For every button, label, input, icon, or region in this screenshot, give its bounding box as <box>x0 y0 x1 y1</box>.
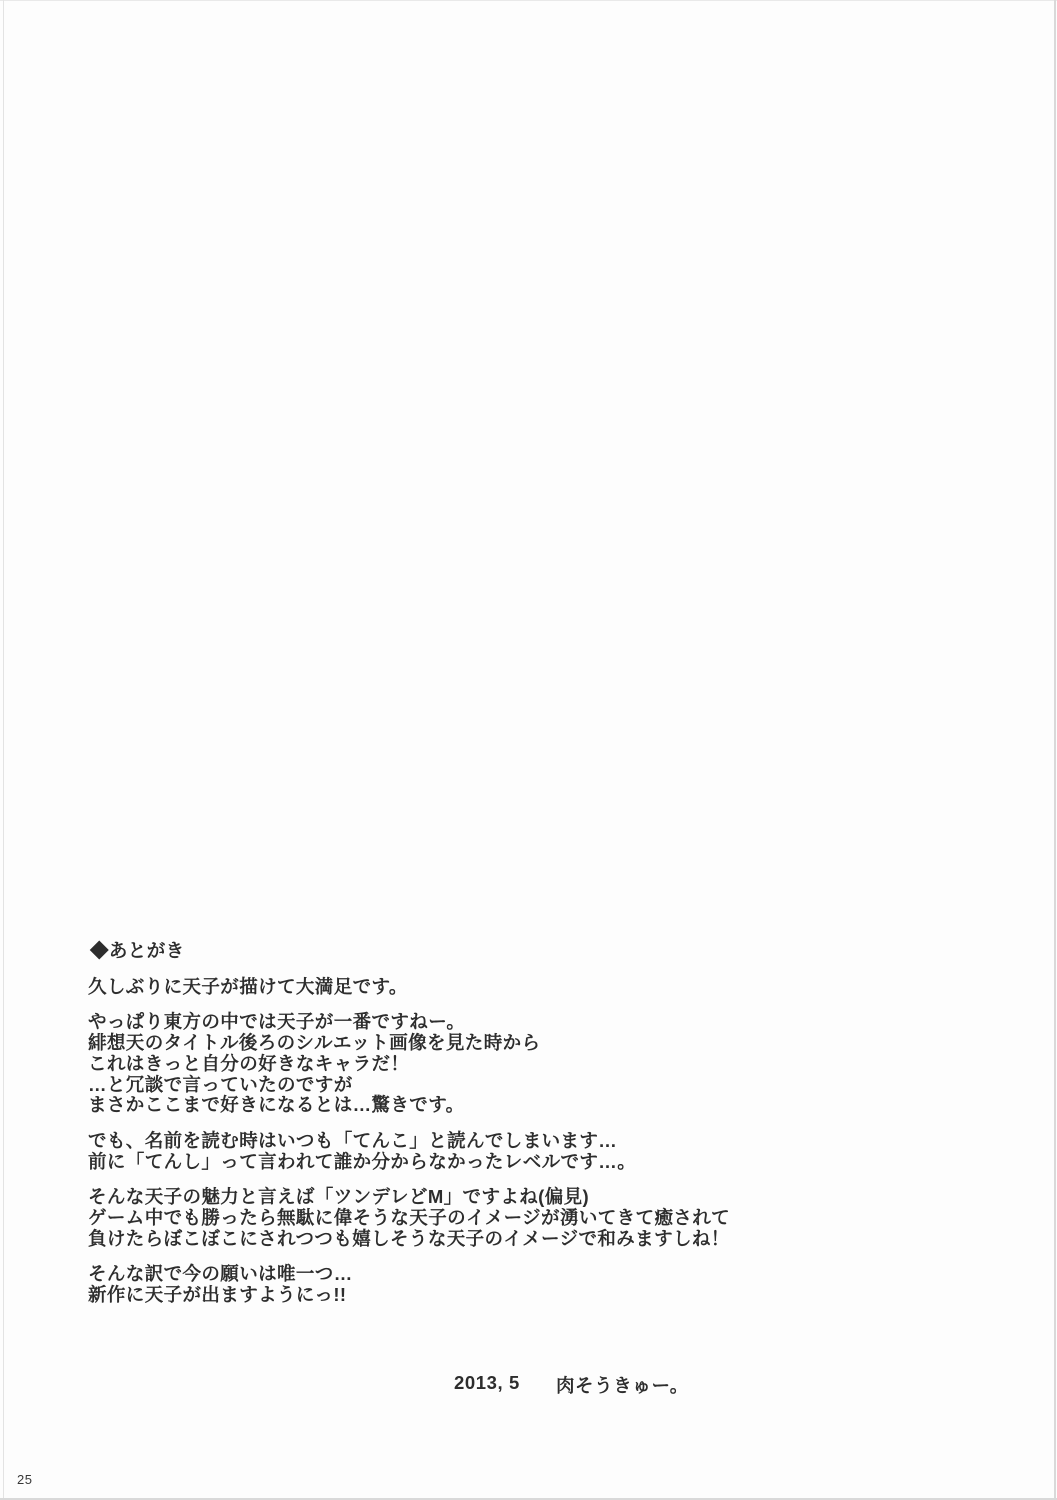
afterword-line: …と冗談で言っていたのですが <box>88 1075 808 1096</box>
afterword-line: ゲーム中でも勝ったら無駄に偉そうな天子のイメージが湧いてきて癒されて <box>88 1208 808 1229</box>
afterword-heading: ◆あとがき <box>90 941 808 962</box>
afterword-line: まさかここまで好きになるとは…驚きです。 <box>88 1095 808 1116</box>
afterword-paragraph: やっぱり東方の中では天子が一番ですねー。緋想天のタイトル後ろのシルエット画像を見… <box>88 1012 808 1116</box>
afterword-line: 緋想天のタイトル後ろのシルエット画像を見た時から <box>88 1033 808 1054</box>
afterword-paragraph: そんな訳で今の願いは唯一つ…新作に天子が出ますようにっ!! <box>88 1264 808 1305</box>
afterword-line: そんな天子の魅力と言えば「ツンデレどM」ですよね(偏見) <box>88 1187 808 1208</box>
signature-row: 2013, 5 肉そうきゅー。 <box>454 1372 689 1398</box>
afterword-paragraph: でも、名前を読む時はいつも「てんこ」と読んでしまいます…前に「てんし」って言われ… <box>88 1131 808 1172</box>
afterword-block: ◆あとがき 久しぶりに天子が描けて大満足です。やっぱり東方の中では天子が一番です… <box>88 941 808 1321</box>
scan-edge-right <box>1054 0 1056 1500</box>
page-number: 25 <box>17 1472 32 1487</box>
afterword-line: でも、名前を読む時はいつも「てんこ」と読んでしまいます… <box>88 1131 808 1152</box>
afterword-line: 久しぶりに天子が描けて大満足です。 <box>88 977 808 998</box>
afterword-paragraph: そんな天子の魅力と言えば「ツンデレどM」ですよね(偏見)ゲーム中でも勝ったら無駄… <box>88 1187 808 1249</box>
afterword-paragraphs: 久しぶりに天子が描けて大満足です。やっぱり東方の中では天子が一番ですねー。緋想天… <box>88 977 808 1306</box>
afterword-paragraph: 久しぶりに天子が描けて大満足です。 <box>88 977 808 998</box>
afterword-line: そんな訳で今の願いは唯一つ… <box>88 1264 808 1285</box>
scan-edge-top <box>0 0 1057 1</box>
afterword-line: 前に「てんし」って言われて誰か分からなかったレベルです…。 <box>88 1152 808 1173</box>
afterword-line: 負けたらぼこぼこにされつつも嬉しそうな天子のイメージで和みますしね！ <box>88 1229 808 1250</box>
afterword-line: やっぱり東方の中では天子が一番ですねー。 <box>88 1012 808 1033</box>
signature-date: 2013, 5 <box>454 1372 520 1398</box>
afterword-line: これはきっと自分の好きなキャラだ！ <box>88 1054 808 1075</box>
scan-edge-left <box>3 0 4 1500</box>
signature-author: 肉そうきゅー。 <box>556 1372 689 1398</box>
afterword-line: 新作に天子が出ますようにっ!! <box>88 1285 808 1306</box>
scanned-page: ◆あとがき 久しぶりに天子が描けて大満足です。やっぱり東方の中では天子が一番です… <box>0 0 1057 1500</box>
